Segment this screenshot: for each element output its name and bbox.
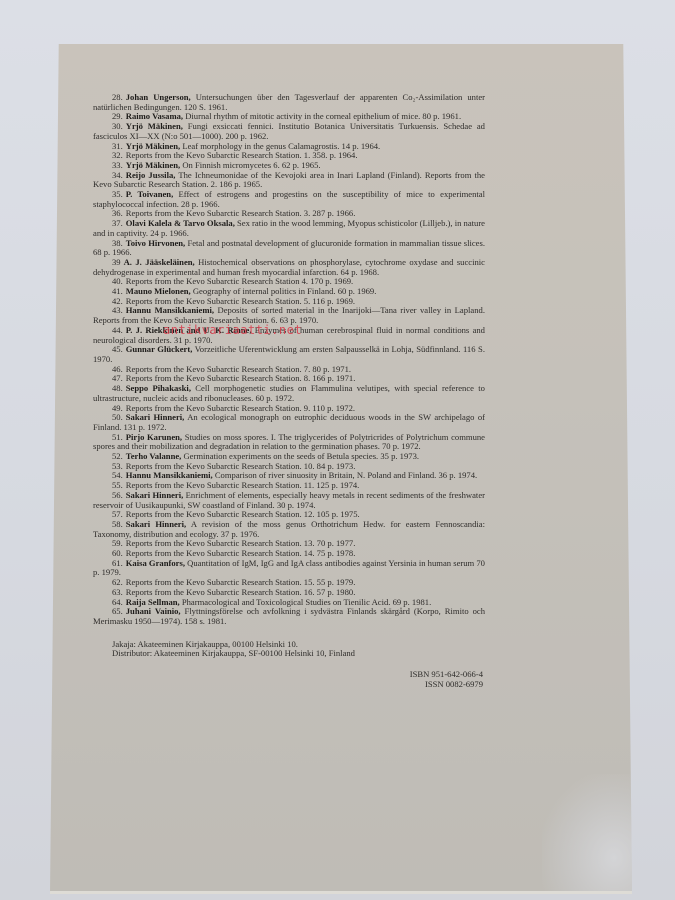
entry-number: 41. (112, 286, 123, 296)
entry-author: Johan Ungerson, (126, 92, 191, 102)
entry-number: 63. (112, 587, 123, 597)
entry-author: Hannu Mansikkaniemi, (126, 470, 213, 480)
entry-title: Diurnal rhythm of mitotic activity in th… (183, 111, 461, 121)
entry-title: Reports from the Kevo Subarctic Research… (126, 150, 358, 160)
entry-title: Reports from the Kevo Subarctic Research… (126, 296, 355, 306)
entry-number: 49. (112, 403, 123, 413)
publication-list: 28.Johan Ungerson, Untersuchungen über d… (93, 93, 485, 700)
entry-title: Reports from the Kevo Subarctic Research… (126, 548, 356, 558)
entry-title: Reports from the Kevo Subarctic Research… (126, 208, 356, 218)
list-item: 65.Juhani Vainio, Flyttningsförelse och … (93, 607, 485, 626)
entry-number: 39 (112, 257, 121, 267)
entry-title: Reports from the Kevo Subarctic Research… (126, 509, 360, 519)
entry-author: Seppo Pihakaski, (126, 383, 191, 393)
entry-number: 52. (112, 451, 123, 461)
entry-number: 44. (112, 325, 123, 335)
entry-author: Sakari Hinneri, (126, 490, 184, 500)
worn-corner (542, 774, 632, 894)
entry-title: Comparison of river sinuosity in Britain… (213, 470, 477, 480)
issn: ISSN 0082-6979 (410, 680, 483, 690)
entry-title: Reports from the Kevo Subarctic Research… (126, 373, 356, 383)
entry-title: Reports from the Kevo Subarctic Research… (126, 538, 356, 548)
entry-title: Reports from the Kevo Subarctic Research… (126, 480, 360, 490)
entry-number: 45. (112, 344, 123, 354)
entry-number: 48. (112, 383, 123, 393)
entry-number: 40. (112, 276, 123, 286)
entry-author: Yrjö Mäkinen, (126, 141, 180, 151)
list-item: 39A. J. Jääskeläinen, Histochemical obse… (93, 258, 485, 277)
list-item: 51.Pirjo Karunen, Studies on moss spores… (93, 433, 485, 452)
entry-title: Reports from the Kevo Subarctic Research… (126, 587, 356, 597)
list-item: 38.Toivo Hirvonen, Fetal and postnatal d… (93, 239, 485, 258)
list-item: 45.Gunnar Glückert, Vorzeitliche Uferent… (93, 345, 485, 364)
entry-number: 46. (112, 364, 123, 374)
list-item: 34.Reijo Jussila, The Ichneumonidae of t… (93, 171, 485, 190)
entry-author: Juhani Vainio, (126, 606, 181, 616)
entry-author: Yrjö Mäkinen, (126, 121, 183, 131)
entry-number: 57. (112, 509, 123, 519)
entry-author: Sakari Hinneri, (126, 519, 186, 529)
entry-number: 55. (112, 480, 123, 490)
entry-title: Pharmacological and Toxicological Studie… (180, 597, 432, 607)
entry-number: 64. (112, 597, 123, 607)
list-item: 48.Seppo Pihakaski, Cell morphogenetic s… (93, 384, 485, 403)
list-item: 35.P. Toivanen, Effect of estrogens and … (93, 190, 485, 209)
entry-author: Hannu Mansikkaniemi, (126, 305, 214, 315)
entry-title: Geography of internal politics in Finlan… (191, 286, 377, 296)
entry-number: 31. (112, 141, 123, 151)
entry-author: Reijo Jussila, (126, 170, 176, 180)
identifiers: ISBN 951-642-066-4 ISSN 0082-6979 (93, 670, 485, 700)
entry-number: 53. (112, 461, 123, 471)
entry-title: Reports from the Kevo Subarctic Research… (126, 276, 353, 286)
entry-author: Raimo Vasama, (126, 111, 183, 121)
entry-title: Reports from the Kevo Subarctic Research… (126, 577, 356, 587)
list-item: 37.Olavi Kalela & Tarvo Oksala, Sex rati… (93, 219, 485, 238)
entry-author: Mauno Mielonen, (126, 286, 191, 296)
entry-title: Reports from the Kevo Subarctic Research… (126, 364, 351, 374)
entry-author: Pirjo Karunen, (126, 432, 182, 442)
list-item: 30.Yrjö Mäkinen, Fungi exsiccati fennici… (93, 122, 485, 141)
list-item: 50.Sakari Hinneri, An ecological monogra… (93, 413, 485, 432)
distributor-line: Distributor: Akateeminen Kirjakauppa, SF… (112, 649, 485, 659)
entry-author: Sakari Hinneri, (126, 412, 185, 422)
entry-number: 38. (112, 238, 123, 248)
entry-number: 65. (112, 606, 123, 616)
entry-title: On Finnish micromycetes 6. 62 p. 1965. (180, 160, 320, 170)
list-item: 28.Johan Ungerson, Untersuchungen über d… (93, 93, 485, 112)
entry-number: 62. (112, 577, 123, 587)
entry-number: 47. (112, 373, 123, 383)
entry-number: 61. (112, 558, 123, 568)
entry-author: Raija Sellman, (126, 597, 180, 607)
entry-author: A. J. Jääskeläinen, (124, 257, 195, 267)
entry-author: Gunnar Glückert, (126, 344, 193, 354)
entry-number: 42. (112, 296, 123, 306)
entry-number: 59. (112, 538, 123, 548)
entry-number: 34. (112, 170, 123, 180)
entry-number: 58. (112, 519, 123, 529)
entry-number: 54. (112, 470, 123, 480)
entry-number: 37. (112, 218, 123, 228)
watermark: antikvariaatti.net (163, 323, 302, 337)
entry-title: Reports from the Kevo Subarctic Research… (126, 461, 356, 471)
entry-author: Kaisa Granfors, (126, 558, 185, 568)
entry-number: 36. (112, 208, 123, 218)
entry-author: Toivo Hirvonen, (126, 238, 185, 248)
entry-number: 35. (112, 189, 123, 199)
entry-author: Olavi Kalela & Tarvo Oksala, (126, 218, 235, 228)
entry-number: 33. (112, 160, 123, 170)
list-item: 58.Sakari Hinneri, A revision of the mos… (93, 520, 485, 539)
entry-title: Germination experiments on the seeds of … (181, 451, 419, 461)
entry-number: 43. (112, 305, 123, 315)
distribution-info: Jakaja: Akateeminen Kirjakauppa, 00100 H… (93, 640, 485, 659)
entry-number: 60. (112, 548, 123, 558)
entry-title: Leaf morphology in the genus Calamagrost… (180, 141, 380, 151)
entry-number: 30. (112, 121, 123, 131)
entry-number: 51. (112, 432, 123, 442)
entry-number: 29. (112, 111, 123, 121)
list-item: 61.Kaisa Granfors, Quantitation of IgM, … (93, 559, 485, 578)
entry-number: 56. (112, 490, 123, 500)
list-item: 56.Sakari Hinneri, Enrichment of element… (93, 491, 485, 510)
entries-list: 28.Johan Ungerson, Untersuchungen über d… (93, 93, 485, 627)
entry-number: 32. (112, 150, 123, 160)
entry-title: Reports from the Kevo Subarctic Research… (126, 403, 355, 413)
entry-author: Yrjö Mäkinen, (126, 160, 180, 170)
entry-number: 28. (112, 92, 123, 102)
entry-number: 50. (112, 412, 123, 422)
entry-author: P. Toivanen, (126, 189, 173, 199)
entry-author: Terho Valanne, (126, 451, 182, 461)
